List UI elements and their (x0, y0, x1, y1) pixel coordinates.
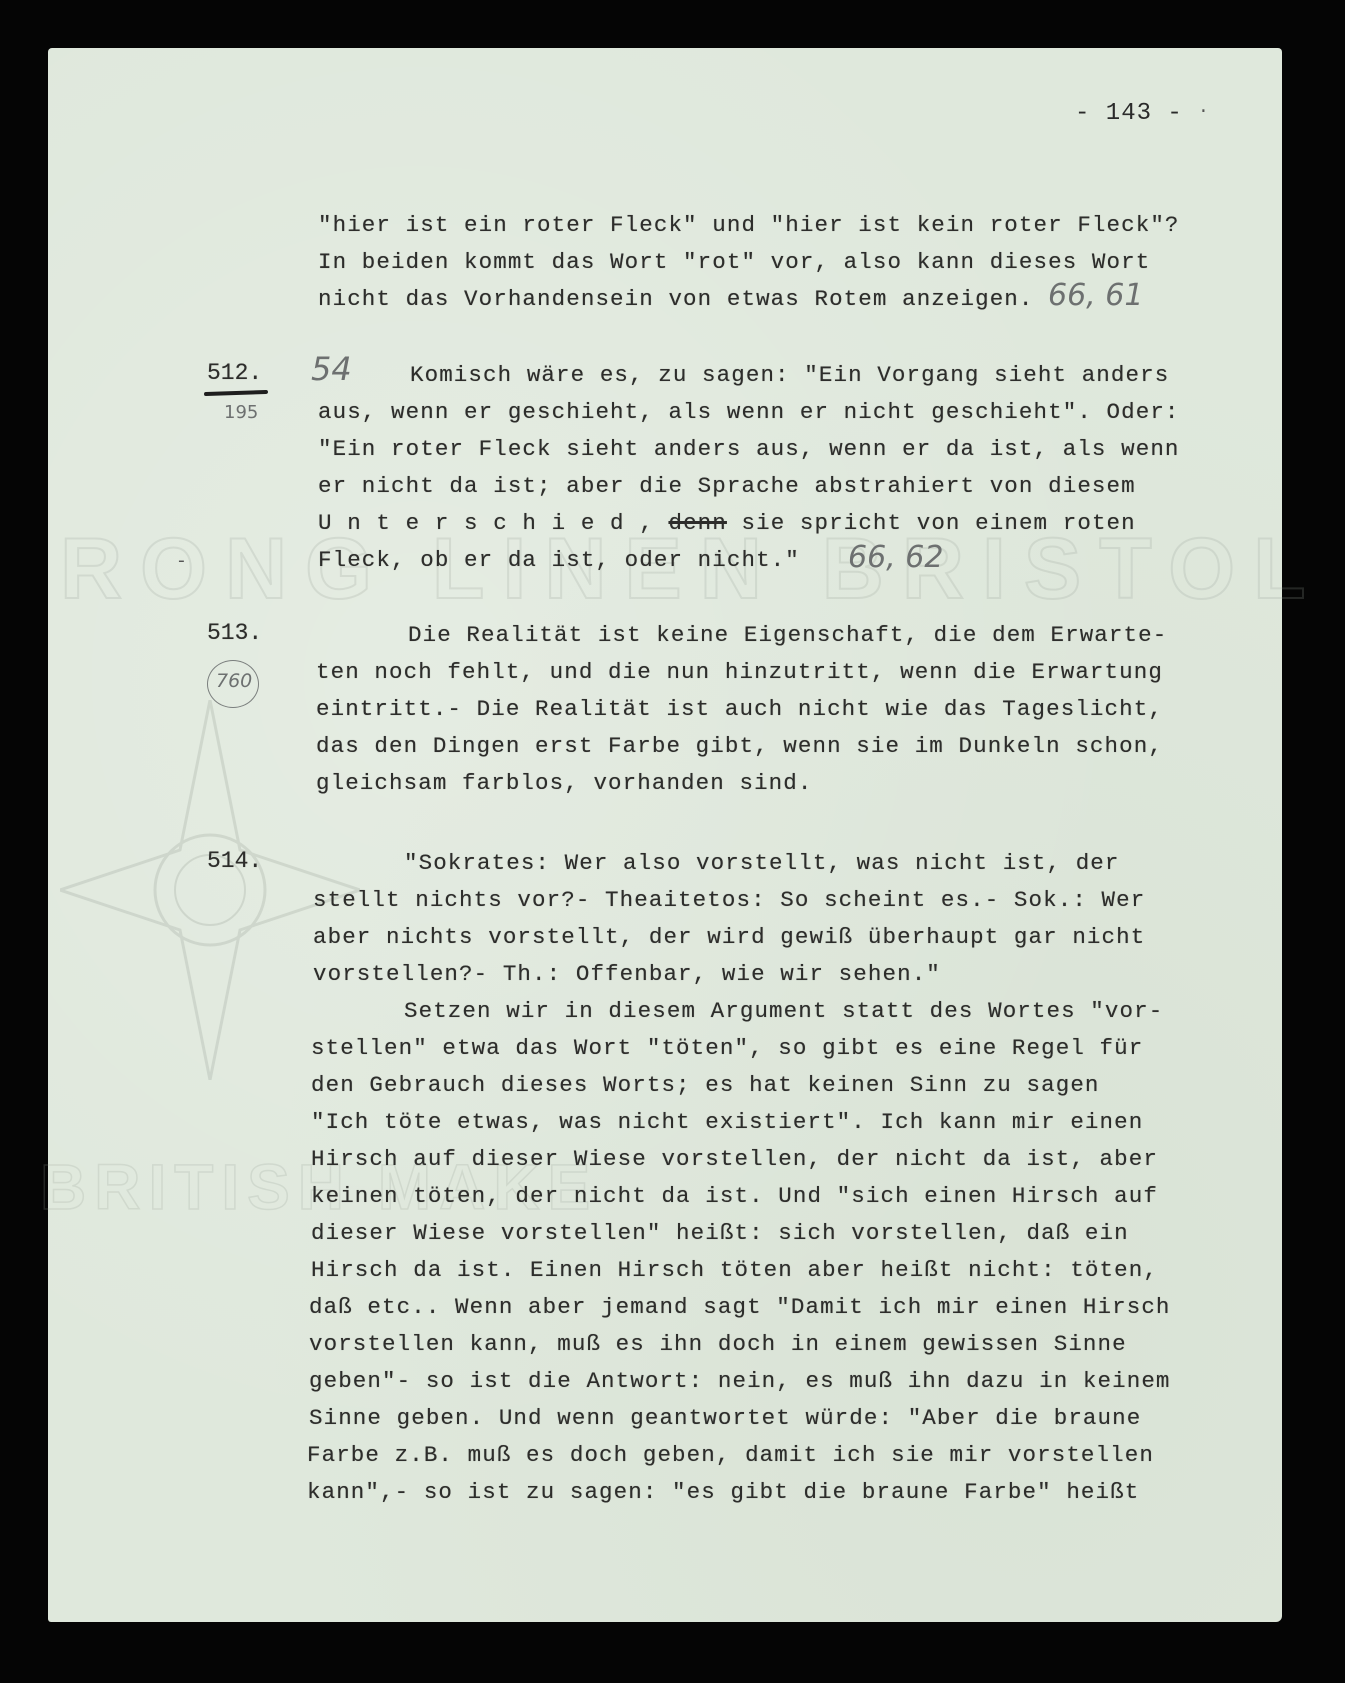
text-line: dieser Wiese vorstellen" heißt: sich vor… (311, 1220, 1129, 1246)
text-line: aber nichts vorstellt, der wird gewiß üb… (313, 924, 1145, 950)
struck-word: denn (668, 510, 726, 536)
line-tail: sie spricht von einem roten (742, 510, 1136, 536)
text-line: eintritt.- Die Realität ist auch nicht w… (316, 696, 1163, 722)
text-line-spaced: U n t e r s c h i e d , denn sie spricht… (318, 510, 1136, 536)
text-line: Setzen wir in diesem Argument statt des … (404, 998, 1163, 1024)
margin-mark: - (176, 552, 187, 572)
stray-mark: · (1198, 102, 1209, 122)
text-line: Die Realität ist keine Eigenschaft, die … (408, 622, 1167, 648)
text-line: aus, wenn er geschieht, als wenn er nich… (318, 399, 1180, 425)
text-line: "Ich töte etwas, was nicht existiert". I… (311, 1109, 1143, 1135)
text-line: Farbe z.B. muß es doch geben, damit ich … (307, 1442, 1154, 1468)
section-number: 513. (207, 620, 262, 646)
text-line: Sinne geben. Und wenn geantwortet würde:… (309, 1405, 1141, 1431)
text-line: vorstellen kann, muß es ihn doch in eine… (309, 1331, 1127, 1357)
text-line: Fleck, ob er da ist, oder nicht." (318, 547, 800, 573)
text-line: daß etc.. Wenn aber jemand sagt "Damit i… (309, 1294, 1171, 1320)
text-line: "Sokrates: Wer also vorstellt, was nicht… (404, 850, 1120, 876)
text-line: "hier ist ein roter Fleck" und "hier ist… (318, 212, 1180, 238)
section-number: 512. (207, 360, 262, 386)
text-line: In beiden kommt das Wort "rot" vor, also… (318, 249, 1150, 275)
text-line: das den Dingen erst Farbe gibt, wenn sie… (316, 733, 1163, 759)
text-line: keinen töten, der nicht da ist. Und "sic… (311, 1183, 1158, 1209)
text-line: gleichsam farblos, vorhanden sind. (316, 770, 812, 796)
text-line: geben"- so ist die Antwort: nein, es muß… (309, 1368, 1171, 1394)
handwritten-number: 54 (311, 350, 352, 388)
text-line: Komisch wäre es, zu sagen: "Ein Vorgang … (410, 362, 1169, 388)
handwritten-circled-number: 760 (216, 670, 252, 692)
handwritten-number: 195 (224, 402, 258, 423)
handwritten-reference: 66, 62 (848, 540, 943, 575)
text-line: vorstellen?- Th.: Offenbar, wie wir sehe… (313, 961, 941, 987)
text-line: ten noch fehlt, und die nun hinzutritt, … (316, 659, 1163, 685)
text-line: Hirsch auf dieser Wiese vorstellen, der … (311, 1146, 1158, 1172)
handwritten-reference: 66, 61 (1048, 278, 1143, 313)
page-number: - 143 - (1075, 100, 1183, 127)
spaced-word: U n t e r s c h i e d , (318, 510, 654, 536)
text-line: stellen" etwa das Wort "töten", so gibt … (311, 1035, 1143, 1061)
section-number: 514. (207, 848, 262, 874)
text-line: kann",- so ist zu sagen: "es gibt die br… (307, 1479, 1139, 1505)
text-line: er nicht da ist; aber die Sprache abstra… (318, 473, 1136, 499)
text-line: "Ein roter Fleck sieht anders aus, wenn … (318, 436, 1180, 462)
text-line: nicht das Vorhandensein von etwas Rotem … (318, 286, 1034, 312)
text-line: den Gebrauch dieses Worts; es hat keinen… (311, 1072, 1100, 1098)
text-line: stellt nichts vor?- Theaitetos: So schei… (313, 887, 1145, 913)
text-line: Hirsch da ist. Einen Hirsch töten aber h… (311, 1257, 1158, 1283)
